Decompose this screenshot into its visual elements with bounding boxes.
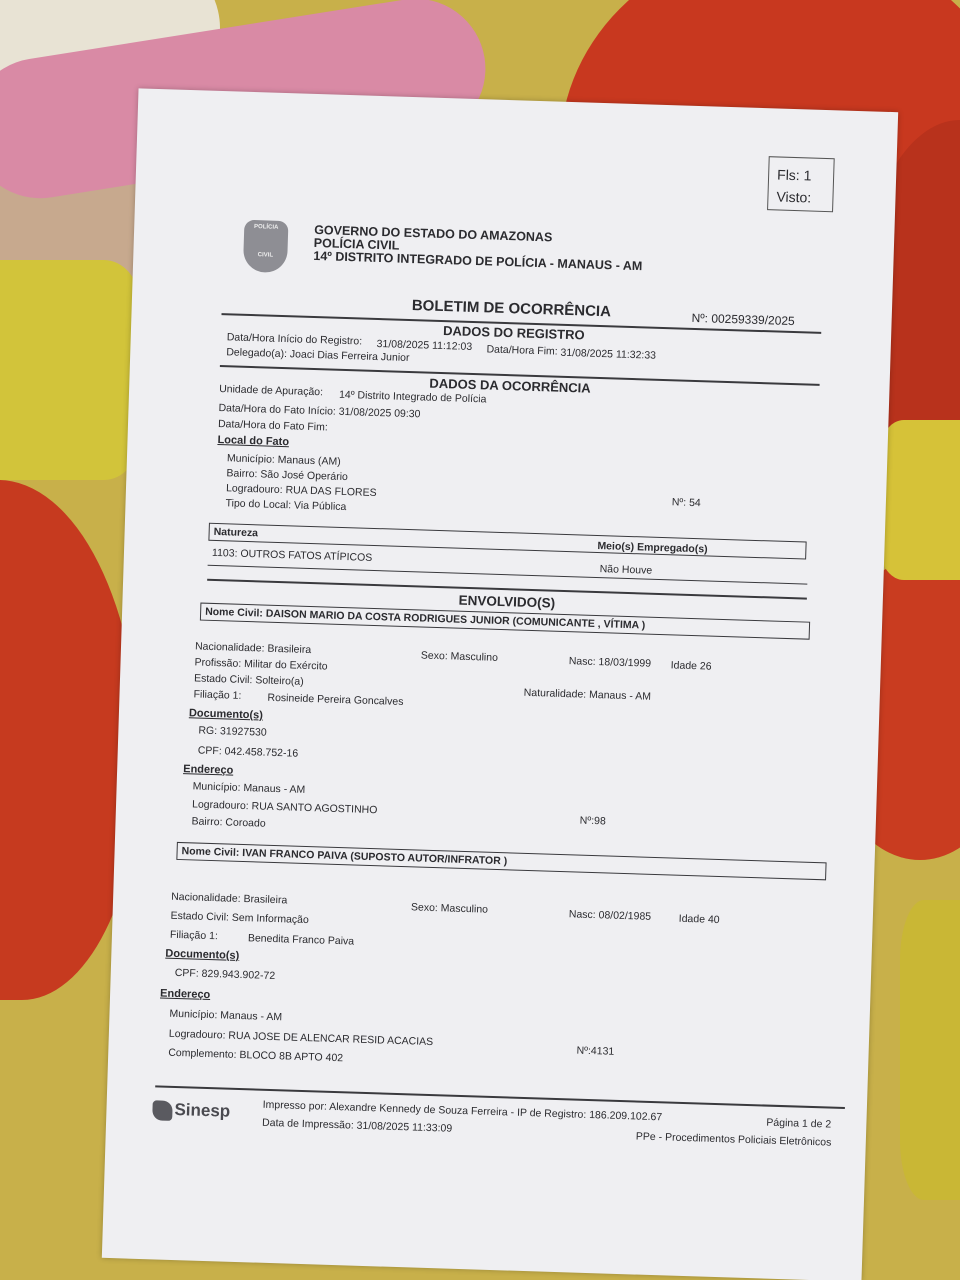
meios-header: Meio(s) Empregado(s) bbox=[597, 540, 708, 555]
envolvido-2-name-box: Nome Civil: IVAN FRANCO PAIVA (SUPOSTO A… bbox=[176, 842, 826, 880]
sinesp-logo: Sinesp bbox=[152, 1099, 230, 1122]
footer-pagina: Página 1 de 2 bbox=[766, 1117, 831, 1131]
blanket-patch bbox=[0, 260, 140, 480]
fato-municipio: Município: Manaus (AM) bbox=[227, 452, 341, 468]
envolvido-1-filiacao-value: Rosineide Pereira Goncalves bbox=[267, 692, 403, 708]
section-dados-registro: DADOS DO REGISTRO bbox=[443, 323, 585, 342]
sinesp-logo-icon bbox=[152, 1100, 173, 1121]
blanket-patch bbox=[880, 420, 960, 580]
document-title: BOLETIM DE OCORRÊNCIA bbox=[412, 297, 612, 320]
meios-value: Não Houve bbox=[600, 563, 653, 577]
envolvido-1-naturalidade: Naturalidade: Manaus - AM bbox=[524, 687, 652, 703]
envolvido-1-cpf: CPF: 042.458.752-16 bbox=[198, 745, 299, 760]
envolvido-1-logradouro: Logradouro: RUA SANTO AGOSTINHO bbox=[192, 798, 378, 816]
registro-inicio-label: Data/Hora Início do Registro: bbox=[227, 331, 363, 347]
envolvido-1-bairro: Bairro: Coroado bbox=[191, 815, 265, 829]
fato-inicio: Data/Hora do Fato Início: 31/08/2025 09:… bbox=[218, 402, 420, 420]
envolvido-1-municipio: Município: Manaus - AM bbox=[192, 780, 305, 796]
envolvido-1-profissao: Profissão: Militar do Exército bbox=[194, 656, 327, 672]
unidade-label: Unidade de Apuração: bbox=[219, 383, 323, 398]
envolvido-1-estado-civil: Estado Civil: Solteiro(a) bbox=[194, 672, 304, 687]
envolvido-2-nasc: Nasc: 08/02/1985 bbox=[569, 908, 652, 923]
envolvido-1-nacionalidade: Nacionalidade: Brasileira bbox=[195, 640, 311, 656]
fls-box: Fls: 1 Visto: bbox=[767, 156, 835, 212]
envolvido-2-filiacao-value: Benedita Franco Paiva bbox=[248, 932, 355, 947]
footer-sistema: PPe - Procedimentos Policiais Eletrônico… bbox=[636, 1130, 832, 1148]
envolvido-2-numero: Nº:4131 bbox=[576, 1045, 614, 1058]
fls-label: Fls: 1 bbox=[777, 163, 834, 187]
registro-fim-label: Data/Hora Fim: bbox=[486, 343, 558, 357]
envolvido-1-endereco-heading: Endereço bbox=[183, 763, 233, 777]
fato-numero: Nº: 54 bbox=[672, 496, 701, 509]
fato-logradouro: Logradouro: RUA DAS FLORES bbox=[226, 482, 377, 499]
envolvido-2-nome: Nome Civil: IVAN FRANCO PAIVA (SUPOSTO A… bbox=[181, 845, 507, 867]
fato-tipo-local: Tipo do Local: Via Pública bbox=[225, 497, 346, 513]
police-report-sheet: Fls: 1 Visto: POLÍCIA CIVIL GOVERNO DO E… bbox=[102, 88, 898, 1280]
section-envolvidos: ENVOLVIDO(S) bbox=[458, 593, 555, 611]
envolvido-2-complemento: Complemento: BLOCO 8B APTO 402 bbox=[168, 1047, 343, 1064]
envolvido-1-sexo: Sexo: Masculino bbox=[421, 650, 498, 664]
envolvido-2-nacionalidade: Nacionalidade: Brasileira bbox=[171, 891, 287, 907]
envolvido-1-nasc: Nasc: 18/03/1999 bbox=[569, 655, 652, 670]
envolvido-1-nome: Nome Civil: DAISON MARIO DA COSTA RODRIG… bbox=[205, 606, 645, 632]
police-badge-icon: POLÍCIA CIVIL bbox=[243, 220, 289, 273]
natureza-header: Natureza bbox=[213, 526, 258, 539]
registro-fim-value: 31/08/2025 11:32:33 bbox=[560, 347, 656, 362]
envolvido-2-sexo: Sexo: Masculino bbox=[411, 901, 488, 915]
local-do-fato-heading: Local do Fato bbox=[217, 434, 289, 448]
envolvido-2-docs-heading: Documento(s) bbox=[165, 948, 239, 962]
envolvido-1-idade: Idade 26 bbox=[671, 659, 712, 672]
footer-data-impressao: Data de Impressão: 31/08/2025 11:33:09 bbox=[262, 1117, 452, 1135]
envolvido-2-estado-civil: Estado Civil: Sem Informação bbox=[170, 910, 309, 926]
envolvido-2-municipio: Município: Manaus - AM bbox=[169, 1008, 282, 1024]
header-block: GOVERNO DO ESTADO DO AMAZONAS POLÍCIA CI… bbox=[313, 224, 643, 273]
natureza-value: 1103: OUTROS FATOS ATÍPICOS bbox=[212, 547, 373, 564]
blanket-patch bbox=[900, 900, 960, 1200]
envolvido-2-cpf: CPF: 829.943.902-72 bbox=[175, 967, 276, 982]
visto-label: Visto: bbox=[776, 185, 833, 209]
fato-fim: Data/Hora do Fato Fim: bbox=[218, 418, 328, 433]
envolvido-2-logradouro: Logradouro: RUA JOSE DE ALENCAR RESID AC… bbox=[169, 1028, 434, 1048]
envolvido-2-filiacao-label: Filiação 1: bbox=[170, 929, 218, 942]
envolvido-2-endereco-heading: Endereço bbox=[160, 987, 210, 1001]
envolvido-1-docs-heading: Documento(s) bbox=[189, 707, 263, 721]
envolvido-2-idade: Idade 40 bbox=[679, 913, 720, 926]
report-number: Nº: 00259339/2025 bbox=[691, 311, 795, 328]
envolvido-1-rg: RG: 31927530 bbox=[198, 725, 267, 739]
envolvido-1-numero: Nº:98 bbox=[580, 815, 606, 828]
fato-bairro: Bairro: São José Operário bbox=[226, 467, 348, 483]
envolvido-1-filiacao-label: Filiação 1: bbox=[193, 688, 241, 701]
